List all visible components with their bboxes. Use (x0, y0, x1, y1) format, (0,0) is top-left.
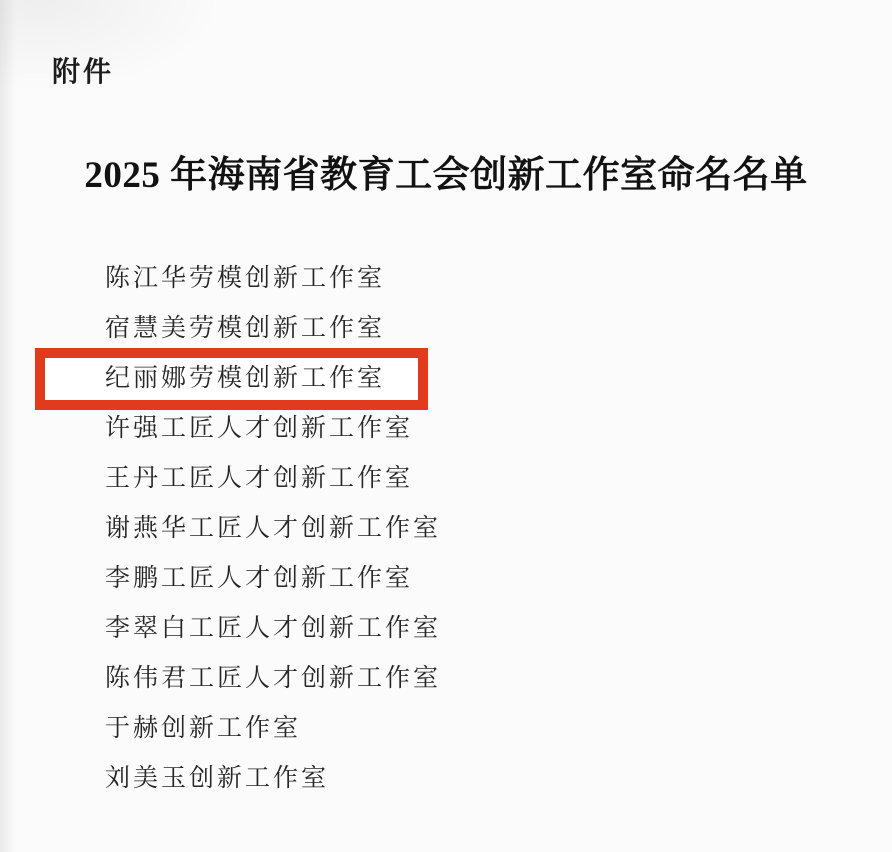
list-item: 王丹工匠人才创新工作室 (105, 454, 441, 504)
attachment-label: 附件 (52, 50, 114, 90)
studio-name: 谢燕华工匠人才创新工作室 (105, 515, 441, 542)
studio-name: 陈江华劳模创新工作室 (105, 265, 385, 292)
studio-name: 刘美玉创新工作室 (105, 765, 329, 792)
list-item: 许强工匠人才创新工作室 (105, 404, 441, 454)
list-item: 陈伟君工匠人才创新工作室 (105, 654, 441, 704)
page-title: 2025 年海南省教育工会创新工作室命名名单 (0, 144, 892, 198)
studio-name: 陈伟君工匠人才创新工作室 (105, 665, 441, 692)
list-item: 陈江华劳模创新工作室 (105, 254, 441, 304)
list-item-highlighted: 纪丽娜劳模创新工作室 (105, 354, 441, 404)
list-item: 于赫创新工作室 (105, 704, 441, 754)
studio-name: 纪丽娜劳模创新工作室 (105, 365, 385, 392)
studio-name: 许强工匠人才创新工作室 (105, 415, 413, 442)
document-page: 附件 2025 年海南省教育工会创新工作室命名名单 陈江华劳模创新工作室 宿慧美… (0, 0, 892, 852)
studio-list: 陈江华劳模创新工作室 宿慧美劳模创新工作室 纪丽娜劳模创新工作室 许强工匠人才创… (105, 254, 441, 804)
studio-name: 李鹏工匠人才创新工作室 (105, 565, 413, 592)
list-item: 李翠白工匠人才创新工作室 (105, 604, 441, 654)
list-item: 宿慧美劳模创新工作室 (105, 304, 441, 354)
list-item: 刘美玉创新工作室 (105, 754, 441, 804)
studio-name: 宿慧美劳模创新工作室 (105, 315, 385, 342)
list-item: 谢燕华工匠人才创新工作室 (105, 504, 441, 554)
studio-name: 于赫创新工作室 (105, 715, 301, 742)
studio-name: 李翠白工匠人才创新工作室 (105, 615, 441, 642)
studio-name: 王丹工匠人才创新工作室 (105, 465, 413, 492)
list-item: 李鹏工匠人才创新工作室 (105, 554, 441, 604)
